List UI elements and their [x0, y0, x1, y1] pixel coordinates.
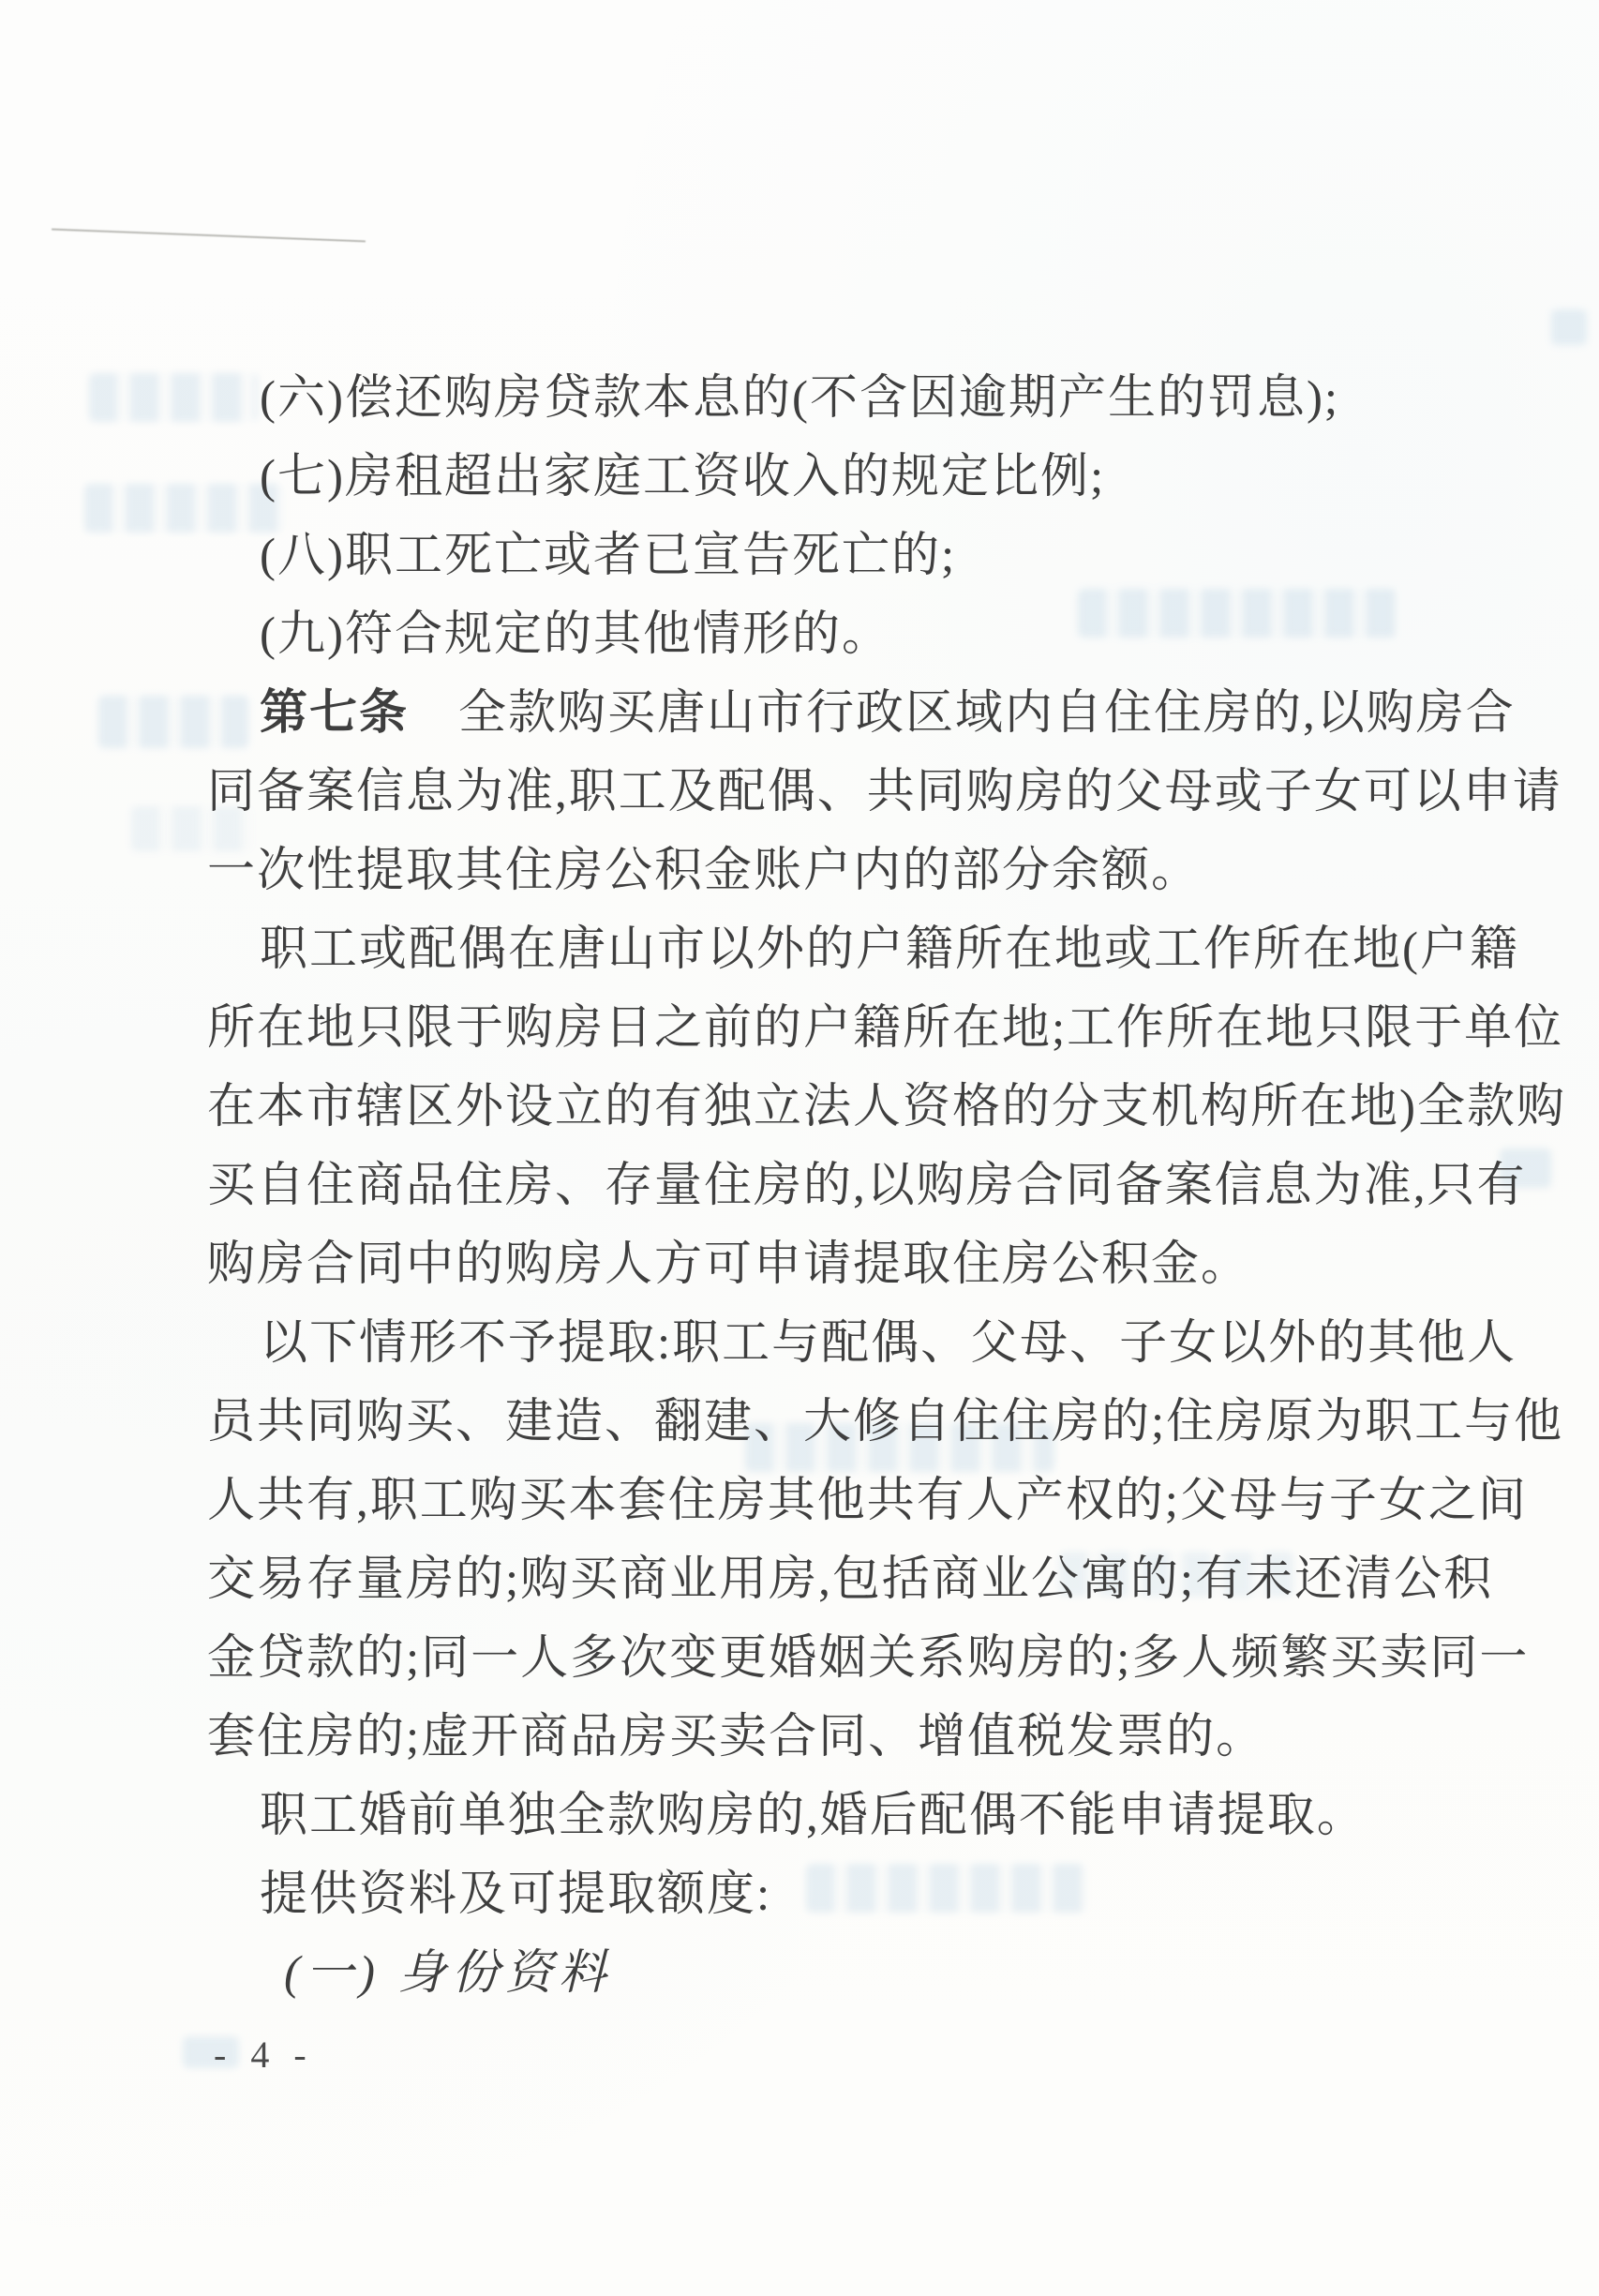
article-text: 全款购买唐山市行政区域内自住住房的,以购房合 [409, 687, 1516, 740]
page-number: - 4 - [214, 2033, 314, 2077]
scanned-document-page: (六)偿还购房贷款本息的(不含因逾期产生的罚息); (七)房租超出家庭工资收入的… [0, 0, 1599, 2296]
text-line: (六)偿还购房贷款本息的(不含因逾期产生的罚息); [207, 359, 1542, 438]
text-line: 买自住商品住房、存量住房的,以购房合同备案信息为准,只有 [207, 1147, 1542, 1225]
text-line: 员共同购买、建造、翻建、大修自住住房的;住房原为职工与他 [207, 1383, 1542, 1462]
text-line: (八)职工死亡或者已宣告死亡的; [207, 517, 1542, 595]
text-line: (九)符合规定的其他情形的。 [207, 595, 1542, 674]
text-line: 职工或配偶在唐山市以外的户籍所在地或工作所在地(户籍 [207, 910, 1542, 989]
text-line: 人共有,职工购买本套住房其他共有人产权的;父母与子女之间 [207, 1462, 1542, 1540]
text-line: 交易存量房的;购买商业用房,包括商业公寓的;有未还清公积 [207, 1540, 1542, 1619]
text-line: 一次性提取其住房公积金账户内的部分余额。 [207, 832, 1542, 910]
document-body: (六)偿还购房贷款本息的(不含因逾期产生的罚息); (七)房租超出家庭工资收入的… [207, 359, 1542, 2013]
text-line: (七)房租超出家庭工资收入的规定比例; [207, 438, 1542, 517]
text-line: 在本市辖区外设立的有独立法人资格的分支机构所在地)全款购 [207, 1068, 1542, 1147]
text-line: 第七条 全款购买唐山市行政区域内自住住房的,以购房合 [207, 674, 1542, 753]
text-line: 购房合同中的购房人方可申请提取住房公积金。 [207, 1225, 1542, 1304]
text-line: 以下情形不予提取:职工与配偶、父母、子女以外的其他人 [207, 1304, 1542, 1383]
text-line: 提供资料及可提取额度: [207, 1855, 1542, 1934]
text-line: 职工婚前单独全款购房的,婚后配偶不能申请提取。 [207, 1777, 1542, 1855]
bleed-through-smudge [1551, 309, 1587, 345]
text-line: (一) 身份资料 [207, 1934, 1542, 2013]
text-line: 同备案信息为准,职工及配偶、共同购房的父母或子女可以申请 [207, 753, 1542, 832]
text-line: 所在地只限于购房日之前的户籍所在地;工作所在地只限于单位 [207, 989, 1542, 1068]
article-number: 第七条 [260, 687, 409, 740]
text-line: 套住房的;虚开商品房买卖合同、增值税发票的。 [207, 1698, 1542, 1777]
text-line: 金贷款的;同一人多次变更婚姻关系购房的;多人频繁买卖同一 [207, 1619, 1542, 1698]
pencil-line-artifact [52, 229, 366, 243]
